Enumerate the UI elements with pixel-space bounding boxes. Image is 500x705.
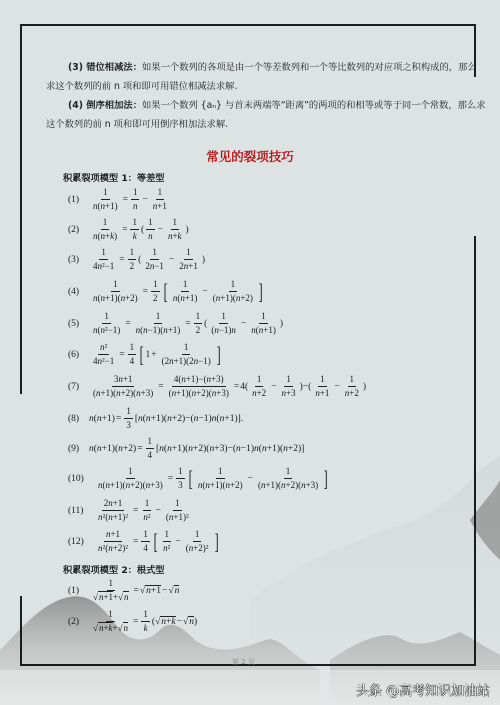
- intro-item4-line1: (4) 倒序相加法：如果一个数列 {aₙ} 与首末两端等“距离”的两项的和相等或…: [68, 97, 486, 111]
- section-title: 常见的裂项技巧: [0, 147, 500, 165]
- item4-text: 如果一个数列 {aₙ} 与首末两端等“距离”的两项的和相等或等于同一个常数，那么…: [142, 100, 486, 111]
- formula-number: (4): [68, 287, 85, 297]
- frame-left-border-lower: [20, 596, 22, 666]
- formula-1-7: (7) 3n+1(n+1)(n+2)(n+3)= 4(n+1)−(n+3)(n+…: [68, 374, 366, 399]
- intro-item4-line2: 这个数列的前 n 项和即可用倒序相加法求解.: [46, 116, 228, 130]
- formula-1-1: (1) 1n(n+1)= 1n− 1n+1: [68, 187, 171, 212]
- formula-1-8: (8) n(n+1)=13[n(n+1)(n+2)−(n−1)n(n+1)].: [68, 406, 243, 431]
- formula-2-2: (2) 1√n+k+√n= 1k(√n+k−√n): [68, 609, 197, 634]
- formula-number: (8): [68, 414, 85, 424]
- formula-1-9: (9) n(n+1)(n+2)=14[n(n+1)(n+2)(n+3)−(n−1…: [68, 436, 304, 461]
- formula-1-5: (5) 1n(n²−1)= 1n(n−1)(n+1)= 12(1(n−1)n− …: [68, 311, 283, 336]
- formula-number: (12): [68, 537, 90, 547]
- formula-number: (1): [68, 195, 85, 205]
- formula-number: (10): [68, 474, 90, 484]
- formula-number: (9): [68, 444, 85, 454]
- model2-heading: 积累裂项模型 2：根式型: [63, 562, 164, 576]
- frame-top-border: [20, 24, 476, 26]
- formula-1-3: (3) 14n²−1= 12(12n−1− 12n+1): [68, 247, 205, 272]
- formula-1-2: (2) 1n(n+k)= 1k(1n− 1n+k): [68, 217, 189, 242]
- formula-number: (5): [68, 319, 85, 329]
- formula-number: (2): [68, 225, 85, 235]
- formula-1-10: (10) 1n(n+1)(n+2)(n+3)= 13[ 1n(n+1)(n+2)…: [68, 466, 330, 491]
- formula-1-11: (11) 2n+1n²(n+1)²= 1n²− 1(n+1)²: [68, 498, 193, 523]
- intro-item3-line1: (3) 错位相减法：如果一个数列的各项是由一个等差数列和一个等比数列的对应项之积…: [68, 59, 477, 73]
- item4-label: (4) 倒序相加法：: [68, 100, 142, 111]
- intro-item3-line2: 求这个数列的前 n 项和即可用错位相减法求解.: [46, 78, 237, 92]
- item3-label: (3) 错位相减法：: [68, 62, 142, 73]
- page-number: 第 2 页: [232, 657, 255, 667]
- watermark: 头条 @高考知识加油站: [356, 680, 490, 699]
- formula-number: (2): [68, 617, 85, 627]
- formula-1-4: (4) 1n(n+1)(n+2)= 12[ 1n(n+1)− 1(n+1)(n+…: [68, 279, 264, 304]
- formula-number: (11): [68, 506, 90, 516]
- formula-number: (3): [68, 255, 85, 265]
- frame-left-border-upper: [20, 24, 22, 394]
- frame-right-border-lower: [474, 236, 476, 666]
- formula-2-1: (1) 1√n+1+√n=√n+1−√n: [68, 578, 179, 603]
- formula-number: (6): [68, 350, 85, 360]
- formula-1-12: (12) n+1n²(n+2)²= 14[ 1n²− 1(n+2)²]: [68, 529, 220, 554]
- formula-1-6: (6) n²4n²−1= 14[1+ 1(2n+1)(2n−1)]: [68, 342, 222, 367]
- formula-number: (1): [68, 586, 85, 596]
- formula-number: (7): [68, 382, 85, 392]
- model1-heading: 积累裂项模型 1：等差型: [63, 170, 164, 184]
- item3-text: 如果一个数列的各项是由一个等差数列和一个等比数列的对应项之积构成的，那么: [142, 62, 477, 73]
